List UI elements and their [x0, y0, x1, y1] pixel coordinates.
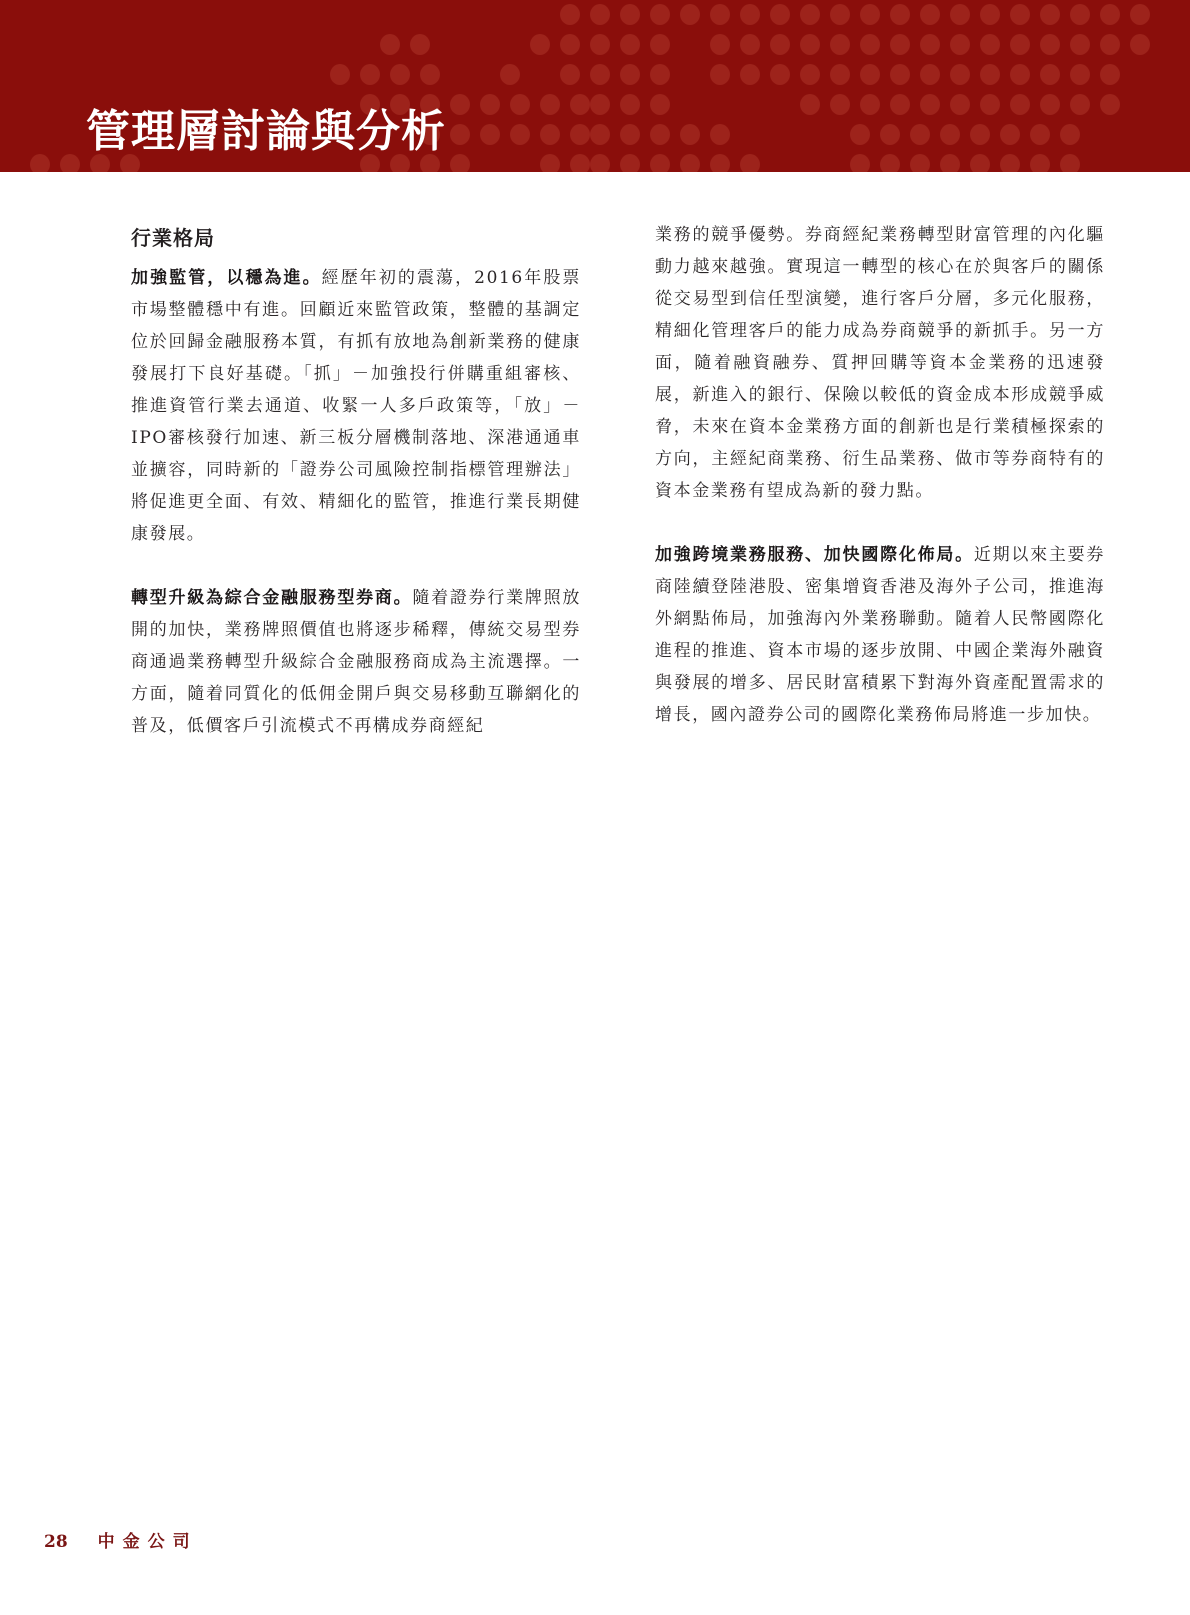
paragraph-continuation: 業務的競爭優勢。券商經紀業務轉型財富管理的內化驅動力越來越強。實現這一轉型的核心…: [655, 219, 1105, 507]
paragraph-lead: 轉型升級為綜合金融服務型券商。: [131, 588, 412, 608]
header-banner: 管理層討論與分析: [0, 0, 1190, 172]
paragraph-transformation: 轉型升級為綜合金融服務型券商。隨着證券行業牌照放開的加快，業務牌照價值也將逐步稀…: [131, 582, 581, 742]
page-footer: 28 中金公司: [44, 1527, 198, 1552]
paragraph-lead: 加強跨境業務服務、加快國際化佈局。: [655, 545, 974, 565]
company-name: 中金公司: [98, 1527, 198, 1552]
paragraph-cross-border: 加強跨境業務服務、加快國際化佈局。近期以來主要券商陸續登陸港股、密集增資香港及海…: [655, 539, 1105, 731]
page-title: 管理層討論與分析: [86, 104, 446, 160]
paragraph-lead: 加強監管，以穩為進。: [131, 268, 322, 288]
paragraph-body: 經歷年初的震蕩，2016年股票市場整體穩中有進。回顧近來監管政策，整體的基調定位…: [131, 268, 581, 544]
paragraph-regulation: 加強監管，以穩為進。經歷年初的震蕩，2016年股票市場整體穩中有進。回顧近來監管…: [131, 262, 581, 550]
paragraph-body: 隨着證券行業牌照放開的加快，業務牌照價值也將逐步稀釋，傳統交易型券商通過業務轉型…: [131, 588, 581, 736]
left-column: 行業格局 加強監管，以穩為進。經歷年初的震蕩，2016年股票市場整體穩中有進。回…: [131, 220, 581, 742]
right-column: 業務的競爭優勢。券商經紀業務轉型財富管理的內化驅動力越來越強。實現這一轉型的核心…: [655, 219, 1105, 731]
paragraph-body: 業務的競爭優勢。券商經紀業務轉型財富管理的內化驅動力越來越強。實現這一轉型的核心…: [655, 225, 1105, 501]
paragraph-body: 近期以來主要券商陸續登陸港股、密集增資香港及海外子公司，推進海外網點佈局，加強海…: [655, 545, 1105, 725]
section-heading: 行業格局: [131, 224, 581, 252]
page-number: 28: [44, 1532, 68, 1552]
